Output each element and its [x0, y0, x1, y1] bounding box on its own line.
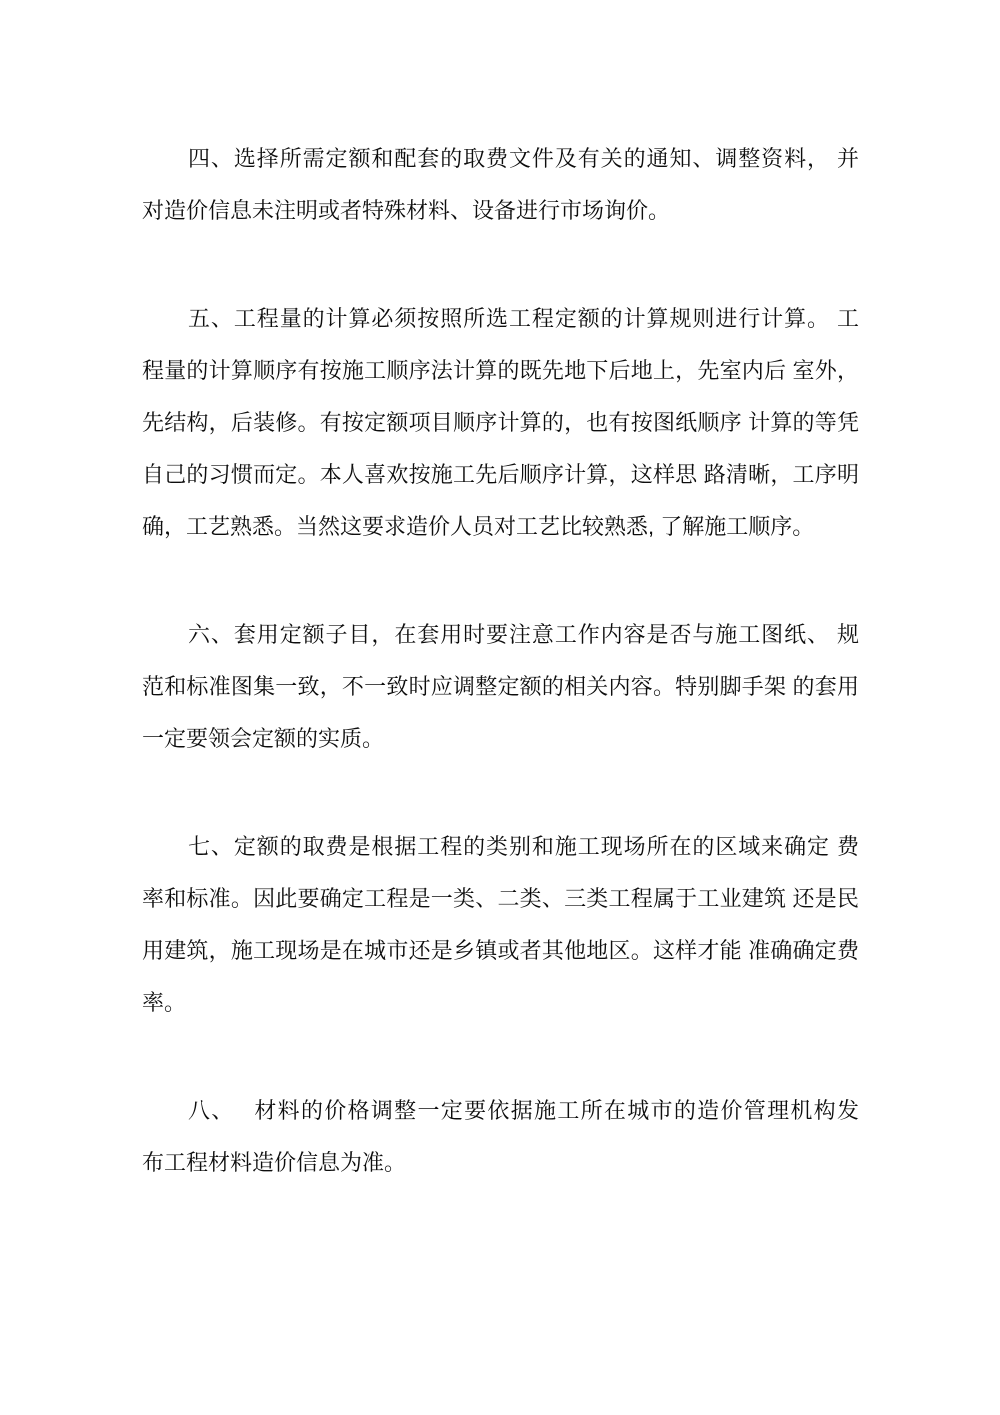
text-line: 先结构，后装修。有按定额项目顺序计算的，也有按图纸顺序 计算的等凭: [142, 397, 859, 449]
text-line: 用建筑，施工现场是在城市还是乡镇或者其他地区。这样才能 准确确定费: [142, 925, 859, 977]
text-line: 自己的习惯而定。本人喜欢按施工先后顺序计算，这样思 路清晰，工序明: [142, 449, 859, 501]
text-line: 四、选择所需定额和配套的取费文件及有关的通知、调整资料， 并: [142, 133, 859, 185]
document-body: 四、选择所需定额和配套的取费文件及有关的通知、调整资料， 并 对造价信息未注明或…: [142, 133, 859, 1245]
text-line: 率和标准。因此要确定工程是一类、二类、三类工程属于工业建筑 还是民: [142, 873, 859, 925]
text-line: 程量的计算顺序有按施工顺序法计算的既先地下后地上，先室内后 室外，: [142, 345, 859, 397]
text-line: 七、定额的取费是根据工程的类别和施工现场所在的区域来确定 费: [142, 821, 859, 873]
text-line: 对造价信息未注明或者特殊材料、设备进行市场询价。: [142, 185, 859, 237]
text-line: 六、套用定额子目，在套用时要注意工作内容是否与施工图纸、 规: [142, 609, 859, 661]
paragraph-6: 六、套用定额子目，在套用时要注意工作内容是否与施工图纸、 规 范和标准图集一致，…: [142, 609, 859, 765]
paragraph-5: 五、工程量的计算必须按照所选工程定额的计算规则进行计算。 工 程量的计算顺序有按…: [142, 293, 859, 553]
paragraph-4: 四、选择所需定额和配套的取费文件及有关的通知、调整资料， 并 对造价信息未注明或…: [142, 133, 859, 237]
text-line: 范和标准图集一致，不一致时应调整定额的相关内容。特别脚手架 的套用: [142, 661, 859, 713]
text-line: 确，工艺熟悉。当然这要求造价人员对工艺比较熟悉, 了解施工顺序。: [142, 501, 859, 553]
paragraph-8: 八、 材料的价格调整一定要依据施工所在城市的造价管理机构发 布工程材料造价信息为…: [142, 1085, 859, 1189]
document-page: 四、选择所需定额和配套的取费文件及有关的通知、调整资料， 并 对造价信息未注明或…: [0, 0, 1000, 1415]
paragraph-7: 七、定额的取费是根据工程的类别和施工现场所在的区域来确定 费 率和标准。因此要确…: [142, 821, 859, 1029]
text-line: 率。: [142, 977, 859, 1029]
text-line: 五、工程量的计算必须按照所选工程定额的计算规则进行计算。 工: [142, 293, 859, 345]
text-line: 一定要领会定额的实质。: [142, 713, 859, 765]
text-line: 布工程材料造价信息为准。: [142, 1137, 859, 1189]
text-line: 八、 材料的价格调整一定要依据施工所在城市的造价管理机构发: [142, 1085, 859, 1137]
